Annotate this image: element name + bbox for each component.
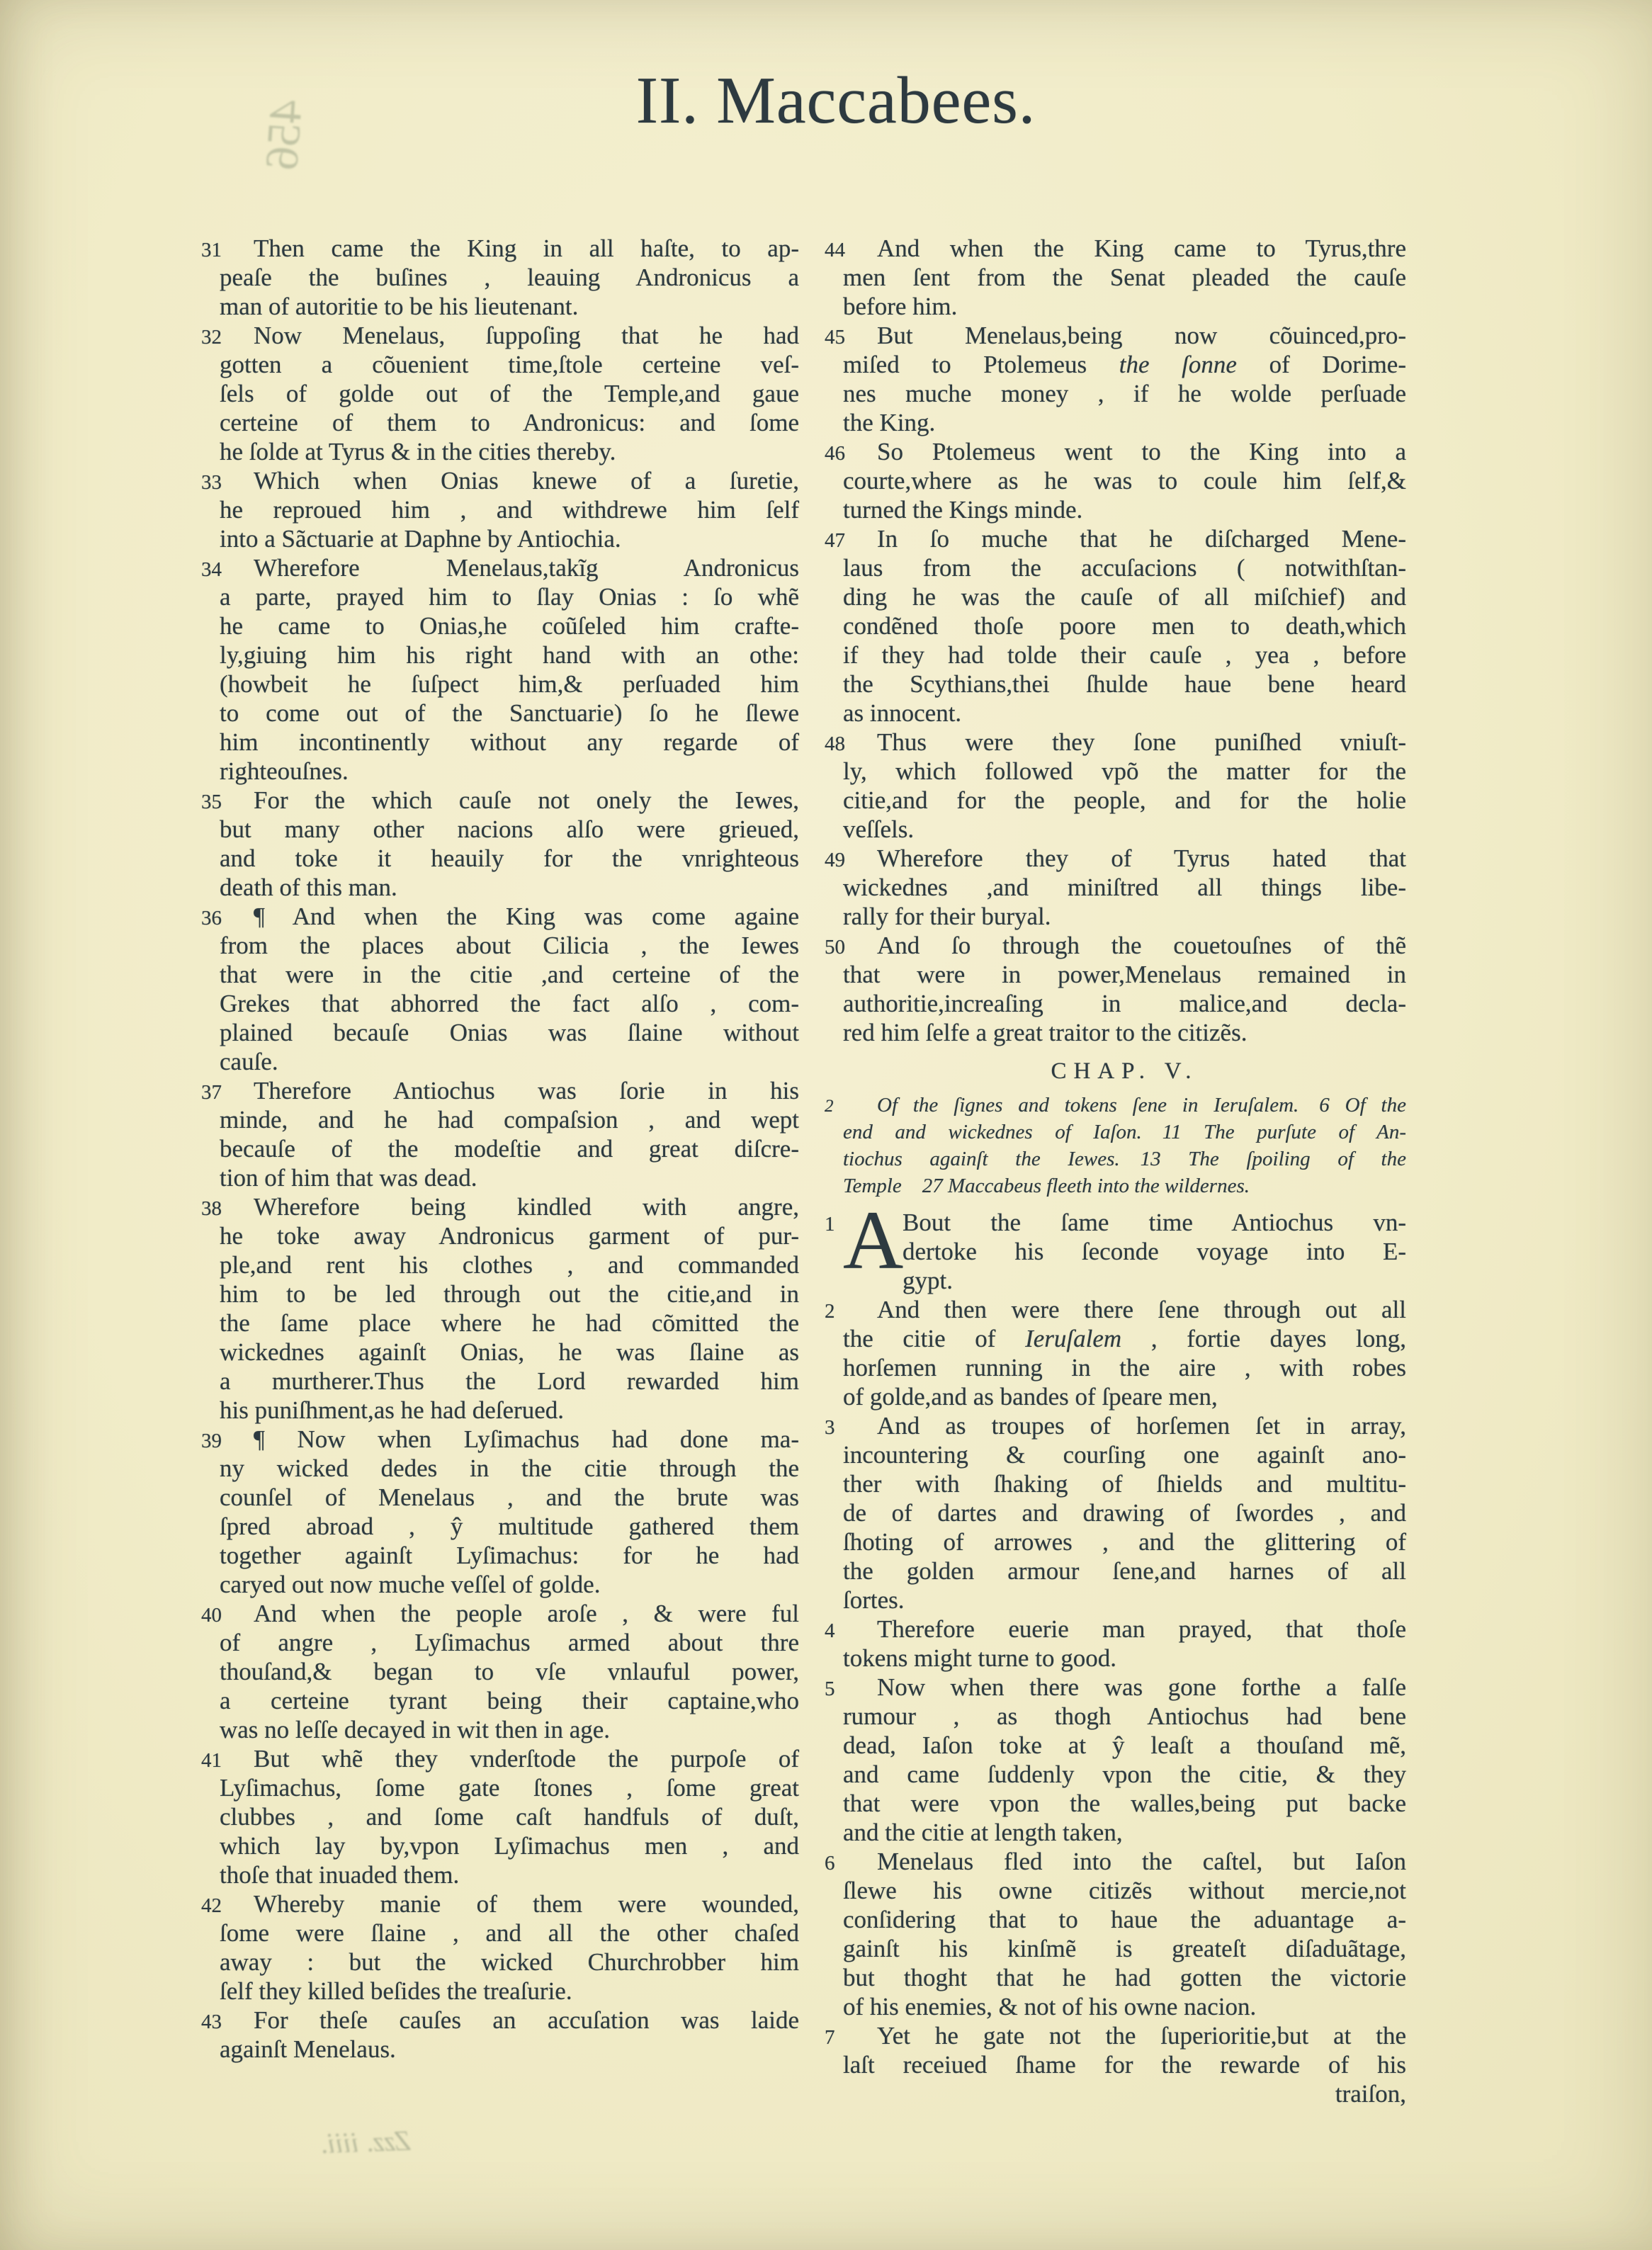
text-line: traiſon, [843,2079,1406,2108]
verse-number: 37 [201,1078,222,1107]
verse-number: 4 [825,1617,835,1646]
verse-text: Of the ſignes and tokens ſene in Ieruſal… [843,1092,1406,1199]
verse-number: 44 [825,236,845,265]
text-line: the King. [843,408,1406,437]
verse: 39¶ Now when Lyſimachus had done ma-ny w… [176,1425,799,1599]
verse: 42Whereby manie of them were wounded,ſom… [176,1889,799,2006]
text-line: end and wickednes of Iaſon. 11 The purſu… [843,1119,1406,1146]
verse: 50And ſo through the couetouſnes of thẽt… [799,931,1408,1047]
verse-number: 2 [825,1297,835,1326]
verse-number: 43 [201,2008,222,2037]
verse: 34Wherefore Menelaus,takĩg Andronicusa p… [176,553,799,786]
verse-text: ABout the ſame time Antiochus vn-dertoke… [843,1208,1406,1295]
verse: 46So Ptolemeus went to the King into aco… [799,437,1408,524]
text-line: And then were there ſene through out all [843,1295,1406,1324]
verse-text: Therefore Antiochus was ſorie in hismind… [220,1076,799,1192]
text-line: was no leſſe decayed in wit then in age. [220,1715,799,1744]
verse: 6Menelaus fled into the caſtel, but Iaſo… [799,1847,1408,2021]
text-line: a murtherer.Thus the Lord rewarded him [220,1367,799,1396]
text-line: that were vpon the walles,being put back… [843,1789,1406,1818]
verse: 1ABout the ſame time Antiochus vn-dertok… [799,1208,1408,1295]
text-line: And when the people aroſe , & were ful [220,1599,799,1628]
verse-number: 39 [201,1427,222,1456]
text-line: ther with ſhaking of ſhields and multitu… [843,1469,1406,1498]
verse-number: 33 [201,468,222,497]
verse-text: Wherefore they of Tyrus hated thatwicked… [843,844,1406,931]
verse-number: 35 [201,788,222,817]
verse: 38Wherefore being kindled with angre,he … [176,1192,799,1425]
text-line: Which when Onias knewe of a ſuretie, [220,466,799,495]
verse-text: For theſe cauſes an accuſation was laide… [220,2006,799,2064]
text-line: red him ſelfe a great traitor to the cit… [843,1018,1406,1047]
verse-number: 49 [825,846,845,875]
text-line: de of dartes and drawing of ſwordes , an… [843,1498,1406,1527]
text-line: the golden armour ſene,and harnes of all [843,1556,1406,1585]
text-line: his puniſhment,as he had deſerued. [220,1396,799,1425]
verse-number: 45 [825,323,845,352]
text-line: a certeine tyrant being their captaine,w… [220,1686,799,1715]
text-line: of his enemies, & not of his owne nacion… [843,1992,1406,2021]
verse-text: And when the people aroſe , & were fulof… [220,1599,799,1744]
verse-text: And as troupes of horſemen ſet in array,… [843,1411,1406,1615]
text-line: that were in the citie ,and certeine of … [220,960,799,989]
verse: 37Therefore Antiochus was ſorie in hismi… [176,1076,799,1192]
verse-text: Now when there was gone forthe a falſeru… [843,1673,1406,1847]
text-line: the citie of Ieruſalem , fortie dayes lo… [843,1324,1406,1353]
verse-number: 50 [825,933,845,962]
verse-number: 41 [201,1746,222,1775]
text-line: plained becauſe Onias was ſlaine without [220,1018,799,1047]
text-line: from the places about Cilicia , the Iewe… [220,931,799,960]
verse-text: For the which cauſe not onely the Iewes,… [220,786,799,902]
text-line: gainſt his kinſmẽ is greateſt diſaduãtag… [843,1934,1406,1963]
text-line: but many other nacions alſo were grieued… [220,815,799,844]
text-line: counſel of Menelaus , and the brute was [220,1483,799,1512]
text-line: Wherefore Menelaus,takĩg Andronicus [220,553,799,582]
text-line: miſed to Ptolemeus the ſonne of Dorime- [843,350,1406,379]
text-line: minde, and he had compaſsion , and wept [220,1105,799,1134]
verse-number: 48 [825,730,845,759]
verse-number: 2 [825,1092,834,1121]
text-line: cauſe. [220,1047,799,1076]
text-line: clubbes , and ſome caſt handfuls of duſt… [220,1802,799,1831]
text-line: and toke it heauily for the vnrighteous [220,844,799,873]
verse-text: But whẽ they vnderſtode the purpoſe ofLy… [220,1744,799,1889]
column-right: 44And when the King came to Tyrus,threme… [799,234,1408,2108]
text-line: Grekes that abhorred the fact alſo , com… [220,989,799,1018]
verse-text: In ſo muche that he diſcharged Mene-laus… [843,524,1406,728]
verse-text: Yet he gate not the ſuperioritie,but at … [843,2021,1406,2108]
text-line: tokens might turne to good. [843,1644,1406,1673]
text-line: laſt receiued ſhame for the rewarde of h… [843,2050,1406,2079]
text-line: Whereby manie of them were wounded, [220,1889,799,1918]
verse-number: 7 [825,2023,835,2052]
verse-number: 34 [201,555,222,584]
text-line: veſſels. [843,815,1406,844]
verse: 47In ſo muche that he diſcharged Mene-la… [799,524,1408,728]
text-line: Now when there was gone forthe a falſe [843,1673,1406,1702]
text-line: For the which cauſe not onely the Iewes, [220,786,799,815]
verse-text: Which when Onias knewe of a ſuretie,he r… [220,466,799,553]
verse-number: 38 [201,1194,222,1223]
text-line: righteouſnes. [220,757,799,786]
verse-text: Thus were they ſone puniſhed vniuſt-ly, … [843,728,1406,844]
text-line: peaſe the buſines , leauing Andronicus a [220,263,799,292]
text-line: before him. [843,292,1406,321]
text-line: and came ſuddenly vpon the citie, & they [843,1760,1406,1789]
verse-number: 47 [825,526,845,555]
text-line: citie,and for the people, and for the ho… [843,786,1406,815]
text-line: but thoght that he had gotten the victor… [843,1963,1406,1992]
text-line: Of the ſignes and tokens ſene in Ieruſal… [843,1092,1406,1119]
text-line: Thus were they ſone puniſhed vniuſt- [843,728,1406,757]
verse-number: 32 [201,323,222,352]
verse: 33Which when Onias knewe of a ſuretie,he… [176,466,799,553]
text-columns: 31Then came the King in all haſte, to ap… [176,234,1408,2108]
verse: 2And then were there ſene through out al… [799,1295,1408,1411]
text-line: Temple 27 Maccabeus fleeth into the wild… [843,1172,1406,1199]
text-line: ¶ And when the King was come againe [220,902,799,931]
text-line: he toke away Andronicus garment of pur- [220,1221,799,1250]
text-line: thoſe that inuaded them. [220,1860,799,1889]
text-line: nes muche money , if he wolde perſuade [843,379,1406,408]
verse: 3And as troupes of horſemen ſet in array… [799,1411,1408,1615]
text-line: condẽned thoſe poore men to death,which [843,611,1406,640]
text-line: a parte, prayed him to ſlay Onias : ſo w… [220,582,799,611]
text-line: which lay by,vpon Lyſimachus men , and [220,1831,799,1860]
verse-number: 6 [825,1849,835,1878]
text-line: laus from the accuſacions ( notwithſtan- [843,553,1406,582]
text-line: ſome were ſlaine , and all the other cha… [220,1918,799,1947]
text-line: rally for their buryal. [843,902,1406,931]
text-line: wickednes againſt Onias, he was ſlaine a… [220,1338,799,1367]
verse: 35For the which cauſe not onely the Iewe… [176,786,799,902]
verse-number: 46 [825,439,845,468]
text-line: of angre , Lyſimachus armed about thre [220,1628,799,1657]
text-line: ſortes. [843,1585,1406,1615]
verse-number: 3 [825,1413,835,1442]
text-line: Menelaus fled into the caſtel, but Iaſon [843,1847,1406,1876]
text-line: But Menelaus,being now cõuinced,pro- [843,321,1406,350]
verse-number: 42 [201,1892,222,1921]
text-line: Now Menelaus, ſuppoſing that he had [220,321,799,350]
page-title: II. Maccabees. [10,0,1652,139]
text-line: Therefore euerie man prayed, that thoſe [843,1615,1406,1644]
text-line: thouſand,& began to vſe vnlauful power, [220,1657,799,1686]
text-line: And as troupes of horſemen ſet in array, [843,1411,1406,1440]
text-line: and the citie at length taken, [843,1818,1406,1847]
text-line: conſidering that to haue the aduantage a… [843,1905,1406,1934]
text-line: incountering & courſing one againſt ano- [843,1440,1406,1469]
text-line: he ſolde at Tyrus & in the cities thereb… [220,437,799,466]
verse: 43For theſe cauſes an accuſation was lai… [176,2006,799,2064]
text-line: caryed out now muche veſſel of golde. [220,1570,799,1599]
verse: 32Now Menelaus, ſuppoſing that he hadgot… [176,321,799,466]
bleedthrough-signature-mark: Zzz. iiii. [319,2124,411,2160]
verse-text: Therefore euerie man prayed, that thoſet… [843,1615,1406,1673]
verse-number: 40 [201,1601,222,1630]
text-line: turned the Kings minde. [843,495,1406,524]
text-line: For theſe cauſes an accuſation was laide [220,2006,799,2035]
text-line: (howbeit he ſuſpect him,& perſuaded him [220,669,799,699]
text-line: he came to Onias,he coũſeled him crafte- [220,611,799,640]
text-line: ſelf they killed beſides the treaſurie. [220,1977,799,2006]
text-line: And ſo through the couetouſnes of thẽ [843,931,1406,960]
verse-number: 31 [201,236,222,265]
verse-text: And when the King came to Tyrus,thremen … [843,234,1406,321]
text-line: So Ptolemeus went to the King into a [843,437,1406,466]
text-line: Then came the King in all haſte, to ap- [220,234,799,263]
text-line: authoritie,increaſing in malice,and decl… [843,989,1406,1018]
verse-text: Menelaus fled into the caſtel, but Iaſon… [843,1847,1406,2021]
verse: 41But whẽ they vnderſtode the purpoſe of… [176,1744,799,1889]
text-line: ſels of golde out of the Temple,and gaue [220,379,799,408]
text-line: to come out of the Sanctuarie) ſo he ſle… [220,699,799,728]
verse: 44And when the King came to Tyrus,threme… [799,234,1408,321]
verse-text: So Ptolemeus went to the King into acour… [843,437,1406,524]
text-line: away : but the wicked Churchrobber him [220,1947,799,1977]
verse: 45But Menelaus,being now cõuinced,pro-mi… [799,321,1408,437]
text-line: tion of him that was dead. [220,1163,799,1192]
text-line: him incontinently without any regarde of [220,728,799,757]
verse-text: Then came the King in all haſte, to ap-p… [220,234,799,321]
verse-text: Whereby manie of them were wounded,ſome … [220,1889,799,2006]
text-line: if they had tolde their cauſe , yea , be… [843,640,1406,669]
verse-text: ¶ Now when Lyſimachus had done ma-ny wic… [220,1425,799,1599]
text-line: ſhoting of arrowes , and the glittering … [843,1527,1406,1556]
text-line: But whẽ they vnderſtode the purpoſe of [220,1744,799,1773]
text-line: dertoke his ſeconde voyage into E- [843,1237,1406,1266]
text-line: tiochus againſt the Iewes. 13 The ſpoili… [843,1146,1406,1172]
text-line: ding he was the cauſe of all miſchief) a… [843,582,1406,611]
verse-text: ¶ And when the King was come againefrom … [220,902,799,1076]
text-line: ABout the ſame time Antiochus vn- [843,1208,1406,1237]
text-line: that were in power,Menelaus remained in [843,960,1406,989]
text-line: the ſame place where he had cõmitted the [220,1308,799,1338]
verse-text: Wherefore Menelaus,takĩg Andronicusa par… [220,553,799,786]
verse-text: Now Menelaus, ſuppoſing that he hadgotte… [220,321,799,466]
text-line: him to be led through out the citie,and … [220,1279,799,1308]
verse: 31Then came the King in all haſte, to ap… [176,234,799,321]
chapter-summary: 2Of the ſignes and tokens ſene in Ieruſa… [799,1092,1408,1199]
verse: 40And when the people aroſe , & were ful… [176,1599,799,1744]
text-line: Yet he gate not the ſuperioritie,but at … [843,2021,1406,2050]
verse: 48Thus were they ſone puniſhed vniuſt-ly… [799,728,1408,844]
text-line: horſemen running in the aire , with robe… [843,1353,1406,1382]
text-line: man of autoritie to be his lieutenant. [220,292,799,321]
text-line: ſlewe his owne citizẽs without mercie,no… [843,1876,1406,1905]
text-line: Therefore Antiochus was ſorie in his [220,1076,799,1105]
text-line: as innocent. [843,699,1406,728]
text-line: Wherefore they of Tyrus hated that [843,844,1406,873]
column-left: 31Then came the King in all haſte, to ap… [176,234,799,2064]
text-line: men ſent from the Senat pleaded the cauſ… [843,263,1406,292]
text-line: ly,giuing him his right hand with an oth… [220,640,799,669]
text-line: Wherefore being kindled with angre, [220,1192,799,1221]
verse: 5Now when there was gone forthe a falſer… [799,1673,1408,1847]
chapter-heading: CHAP. V. [843,1058,1406,1085]
text-line: Lyſimachus, ſome gate ſtones , ſome grea… [220,1773,799,1802]
text-line: ſpred abroad , ŷ multitude gathered them [220,1512,799,1541]
text-line: ¶ Now when Lyſimachus had done ma- [220,1425,799,1454]
verse: 49Wherefore they of Tyrus hated thatwick… [799,844,1408,931]
text-line: death of this man. [220,873,799,902]
text-line: wickednes ,and miniſtred all things libe… [843,873,1406,902]
verse-text: Wherefore being kindled with angre,he to… [220,1192,799,1425]
verse-text: And ſo through the couetouſnes of thẽtha… [843,931,1406,1047]
text-line: into a Sãctuarie at Daphne by Antiochia. [220,524,799,553]
printed-page: 456 II. Maccabees. 31Then came the King … [0,0,1652,2250]
text-line: dead, Iaſon toke at ŷ leaſt a thouſand m… [843,1731,1406,1760]
text-line: gypt. [843,1266,1406,1295]
verse: 7Yet he gate not the ſuperioritie,but at… [799,2021,1408,2108]
drop-cap: A [843,1210,898,1270]
text-line: ny wicked dedes in the citie through the [220,1454,799,1483]
text-line: ly, which followed vpõ the matter for th… [843,757,1406,786]
text-line: And when the King came to Tyrus,thre [843,234,1406,263]
verse-number: 1 [825,1210,835,1239]
text-line: againſt Menelaus. [220,2035,799,2064]
verse: 36¶ And when the King was come againefro… [176,902,799,1076]
verse: 4Therefore euerie man prayed, that thoſe… [799,1615,1408,1673]
text-line: the Scythians,thei ſhulde haue bene hear… [843,669,1406,699]
text-line: becauſe of the modeſtie and great diſcre… [220,1134,799,1163]
text-line: rumour , as thogh Antiochus had bene [843,1702,1406,1731]
verse-text: But Menelaus,being now cõuinced,pro-miſe… [843,321,1406,437]
text-line: In ſo muche that he diſcharged Mene- [843,524,1406,553]
verse-number: 36 [201,904,222,933]
verse-text: And then were there ſene through out all… [843,1295,1406,1411]
text-line: certeine of them to Andronicus: and ſome [220,408,799,437]
text-line: together againſt Lyſimachus: for he had [220,1541,799,1570]
text-line: ple,and rent his clothes , and commanded [220,1250,799,1279]
text-line: gotten a cõuenient time,ſtole certeine v… [220,350,799,379]
verse-number: 5 [825,1675,835,1704]
text-line: he reproued him , and withdrewe him ſelf [220,495,799,524]
text-line: of golde,and as bandes of ſpeare men, [843,1382,1406,1411]
text-line: courte,where as he was to coule him ſelf… [843,466,1406,495]
